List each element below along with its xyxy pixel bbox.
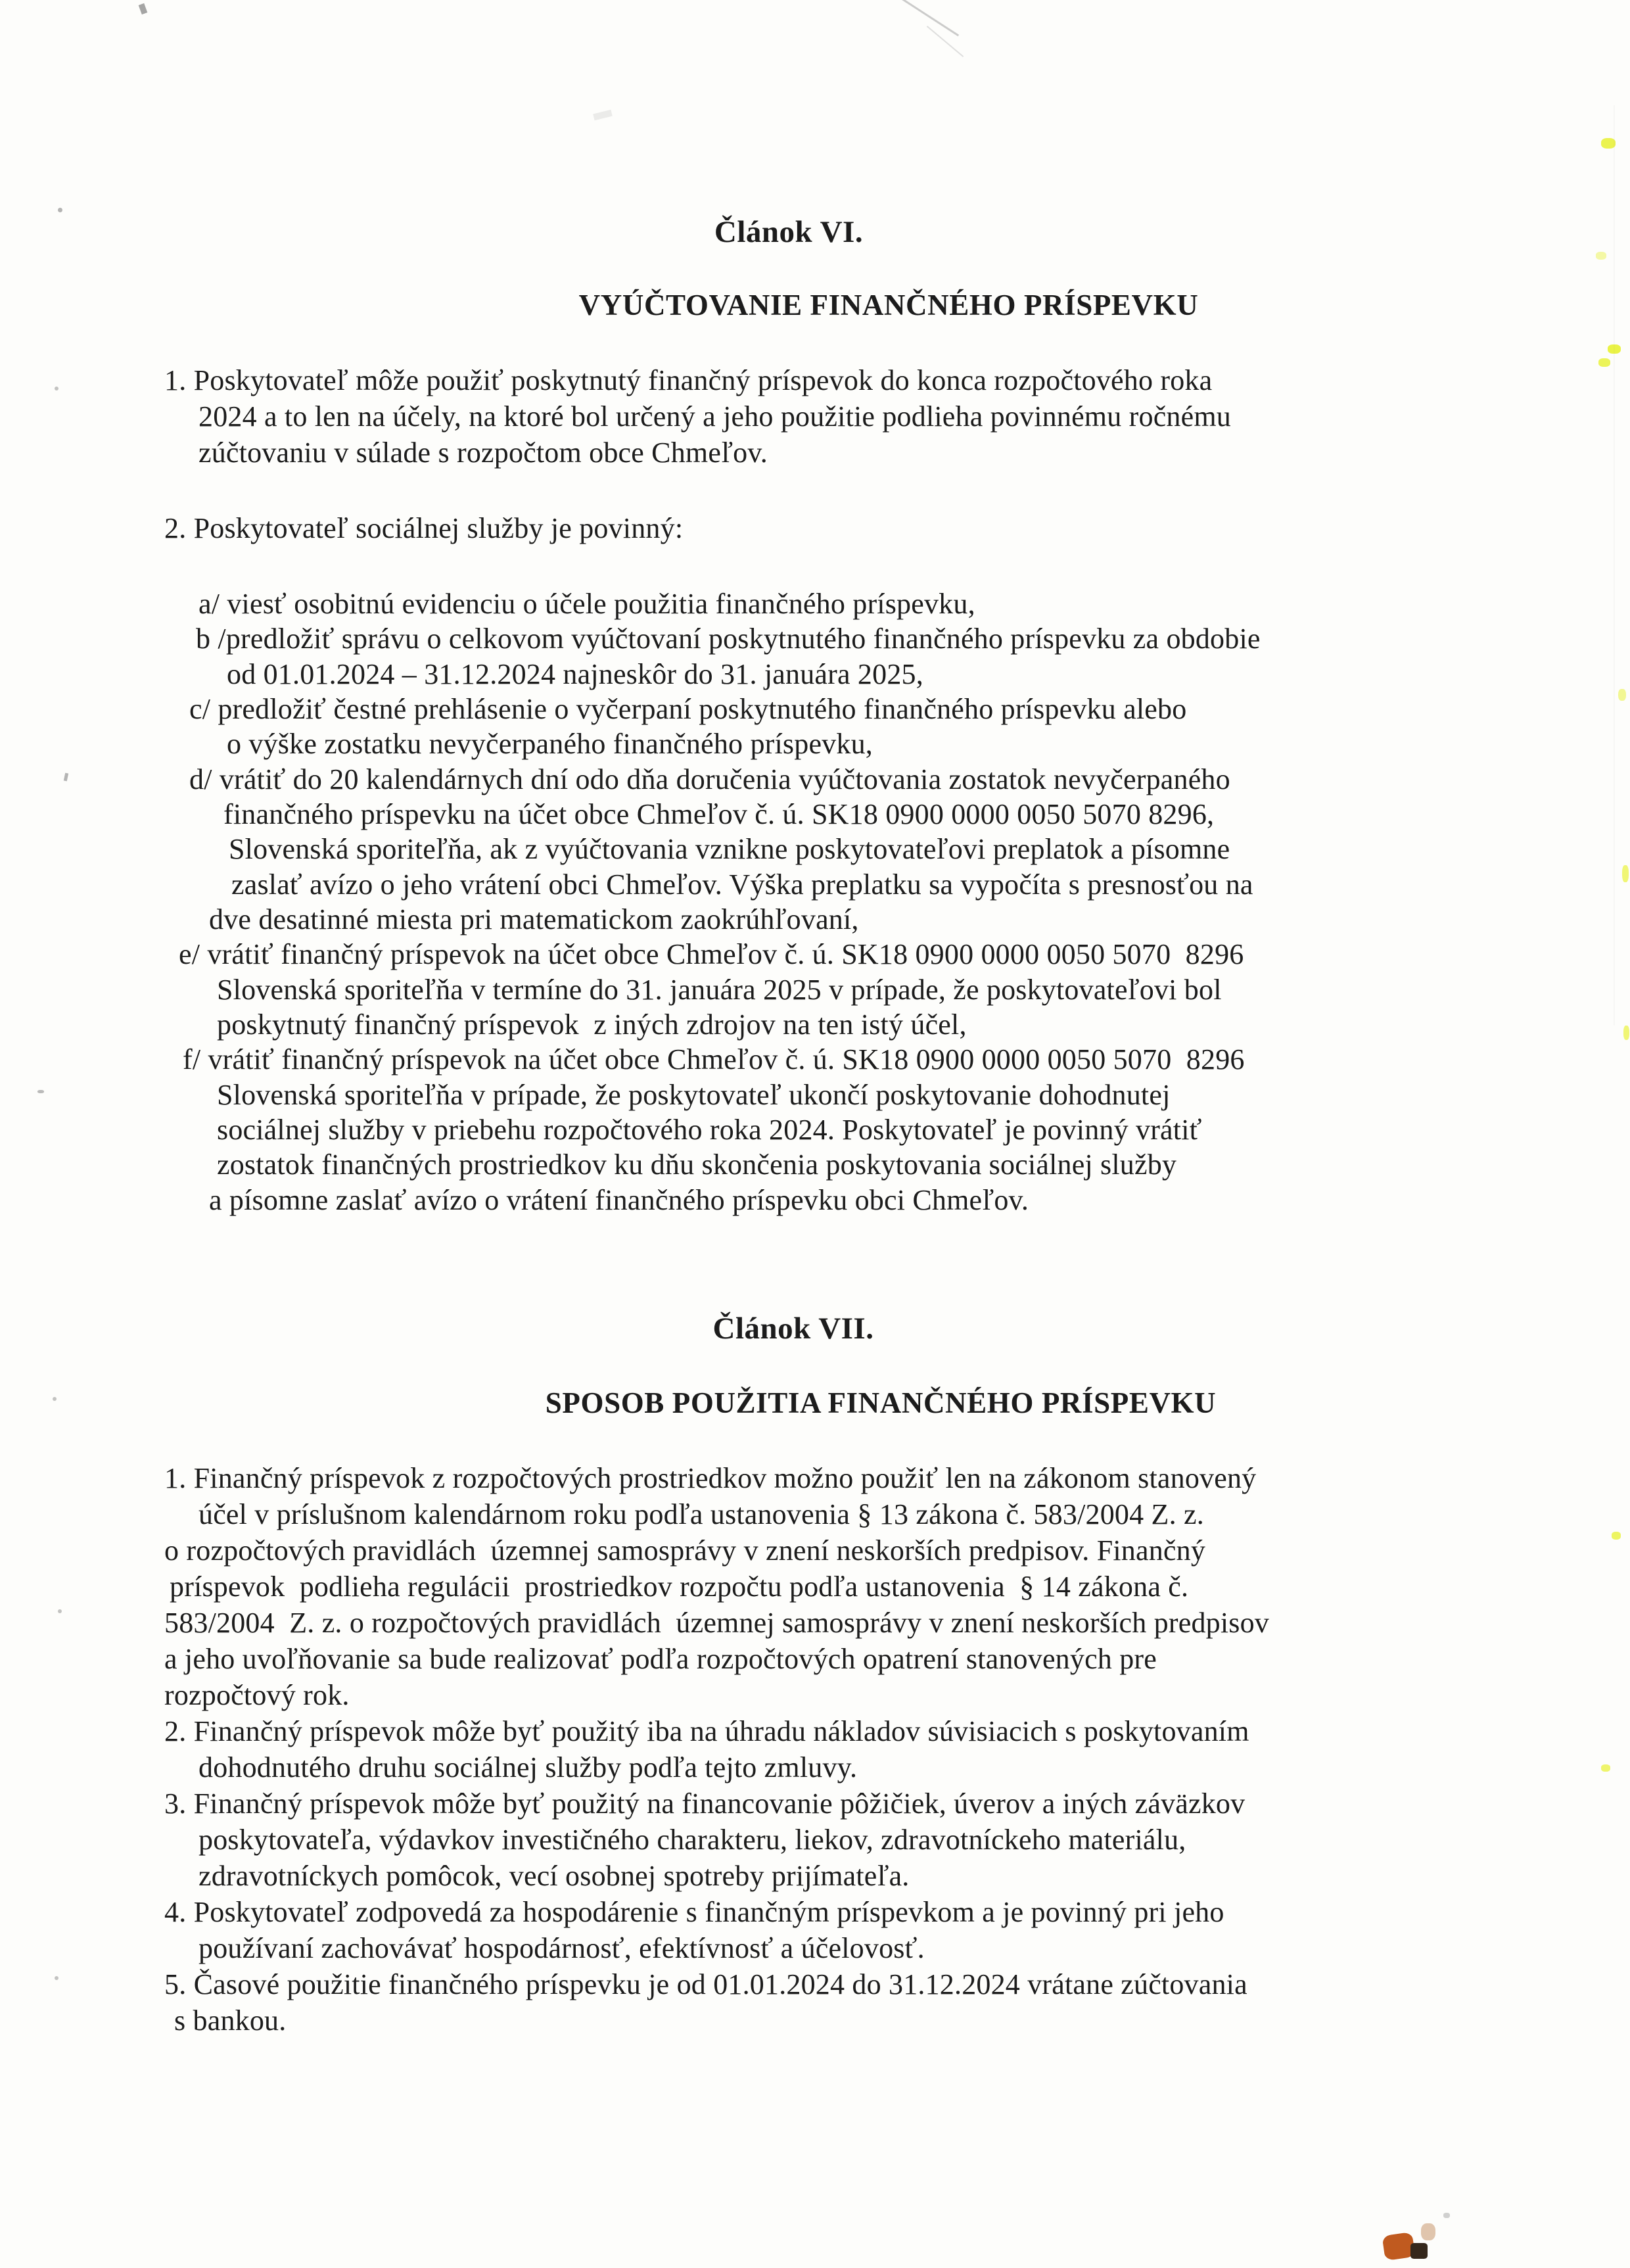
- article-vi-list-line: Slovenská sporiteľňa, ak z vyúčtovania v…: [229, 835, 1230, 864]
- scan-speck: [58, 208, 62, 212]
- article-vii-paragraph-line: poskytovateľa, výdavkov investičného cha…: [198, 1826, 1186, 1855]
- article-vii-paragraph-line: príspevok podlieha regulácii prostriedko…: [170, 1572, 1188, 1601]
- scan-speck: [139, 3, 148, 14]
- article-vii-paragraph-line: zdravotníckych pomôcok, vecí osobnej spo…: [198, 1862, 910, 1891]
- scan-speck: [1443, 2213, 1450, 2218]
- scan-speck: [37, 1090, 44, 1093]
- scan-speck: [64, 773, 68, 782]
- ink-stain: [1421, 2223, 1435, 2240]
- article-vi-paragraph-1-line: 1. Poskytovateľ môže použiť poskytnutý f…: [164, 366, 1212, 395]
- article-vii-paragraph-line: účel v príslušnom kalendárnom roku podľa…: [198, 1500, 1204, 1529]
- article-vii-paragraph-line: 2. Finančný príspevok môže byť použitý i…: [164, 1717, 1249, 1746]
- article-vii-paragraph-line: 5. Časové použitie finančného príspevku …: [164, 1970, 1247, 1999]
- scan-speck: [55, 387, 58, 390]
- ink-stain: [1382, 2232, 1416, 2261]
- highlighter-speck: [1601, 138, 1616, 149]
- article-vi-list-line: sociálnej služby v priebehu rozpočtového…: [217, 1116, 1202, 1145]
- article-vi-list-line: poskytnutý finančný príspevok z iných zd…: [217, 1010, 967, 1039]
- smudge: [593, 110, 613, 120]
- highlighter-speck: [1598, 358, 1610, 367]
- article-vi-list-line: o výške zostatku nevyčerpaného finančnéh…: [227, 730, 873, 759]
- highlighter-speck: [1601, 1764, 1610, 1772]
- article-vi-list-line: zostatok finančných prostriedkov ku dňu …: [217, 1150, 1176, 1179]
- article-vi-paragraph-1-line: zúčtovaniu v súlade s rozpočtom obce Chm…: [198, 438, 768, 467]
- article-vi-list-line: a písomne zaslať avízo o vrátení finančn…: [209, 1186, 1029, 1215]
- article-vii-paragraph-line: 3. Finančný príspevok môže byť použitý n…: [164, 1789, 1245, 1818]
- article-vi-paragraph-1-line: 2024 a to len na účely, na ktoré bol urč…: [198, 402, 1231, 431]
- article-vi-list-line: od 01.01.2024 – 31.12.2024 najneskôr do …: [227, 660, 923, 689]
- article-vi-title: Článok VI.: [0, 217, 1604, 248]
- article-vi-list-line: f/ vrátiť finančný príspevok na účet obc…: [183, 1045, 1245, 1074]
- scan-speck: [55, 1976, 58, 1980]
- article-vii-paragraph-line: používaní zachovávať hospodárnosť, efekt…: [198, 1934, 925, 1963]
- scanner-edge-line: [1614, 105, 1615, 1026]
- highlighter-speck: [1622, 865, 1629, 882]
- article-vii-paragraph-line: o rozpočtových pravidlách územnej samosp…: [164, 1536, 1205, 1565]
- article-vi-list-line: Slovenská sporiteľňa v prípade, že posky…: [217, 1081, 1171, 1110]
- ink-stain: [1410, 2243, 1428, 2259]
- scan-speck: [53, 1397, 57, 1401]
- article-vii-title: Článok VII.: [0, 1313, 1608, 1344]
- pencil-stroke: [927, 26, 964, 57]
- article-vi-subtitle: VYÚČTOVANIE FINANČNÉHO PRÍSPEVKU: [74, 291, 1630, 320]
- article-vi-list-line: d/ vrátiť do 20 kalendárnych dní odo dňa…: [189, 765, 1230, 794]
- article-vi-list-line: Slovenská sporiteľňa v termíne do 31. ja…: [217, 976, 1222, 1004]
- pencil-stroke: [892, 0, 959, 36]
- highlighter-speck: [1612, 1532, 1621, 1540]
- article-vi-list-line: dve desatinné miesta pri matematickom za…: [209, 905, 859, 934]
- article-vii-paragraph-line: 583/2004 Z. z. o rozpočtových pravidlách…: [164, 1609, 1269, 1638]
- article-vii-paragraph-line: dohodnutého druhu sociálnej služby podľa…: [198, 1753, 857, 1782]
- article-vi-list-line: b /predložiť správu o celkovom vyúčtovan…: [196, 625, 1261, 653]
- article-vi-list-line: zaslať avízo o jeho vrátení obci Chmeľov…: [231, 870, 1253, 899]
- article-vi-list-line: a/ viesť osobitnú evidenciu o účele použ…: [198, 590, 975, 619]
- article-vii-subtitle: SPOSOB POUŽITIA FINANČNÉHO PRÍSPEVKU: [66, 1388, 1630, 1418]
- article-vii-paragraph-line: rozpočtový rok.: [164, 1681, 350, 1710]
- highlighter-speck: [1596, 252, 1606, 260]
- article-vii-paragraph-line: 4. Poskytovateľ zodpovedá za hospodáreni…: [164, 1898, 1224, 1927]
- article-vii-paragraph-line: 1. Finančný príspevok z rozpočtových pro…: [164, 1464, 1256, 1493]
- highlighter-speck: [1608, 344, 1621, 354]
- scan-speck: [58, 1609, 62, 1613]
- article-vi-list-line: finančného príspevku na účet obce Chmeľo…: [223, 800, 1214, 829]
- article-vi-list-line: e/ vrátiť finančný príspevok na účet obc…: [179, 940, 1244, 969]
- article-vi-list-line: c/ predložiť čestné prehlásenie o vyčerp…: [189, 695, 1186, 724]
- article-vi-paragraph-2: 2. Poskytovateľ sociálnej služby je povi…: [164, 514, 683, 543]
- highlighter-speck: [1623, 1026, 1629, 1040]
- scanned-document-page: Článok VI.VYÚČTOVANIE FINANČNÉHO PRÍSPEV…: [0, 0, 1630, 2268]
- highlighter-speck: [1618, 689, 1626, 701]
- article-vii-paragraph-line: s bankou.: [174, 2006, 286, 2035]
- article-vii-paragraph-line: a jeho uvoľňovanie sa bude realizovať po…: [164, 1645, 1157, 1674]
